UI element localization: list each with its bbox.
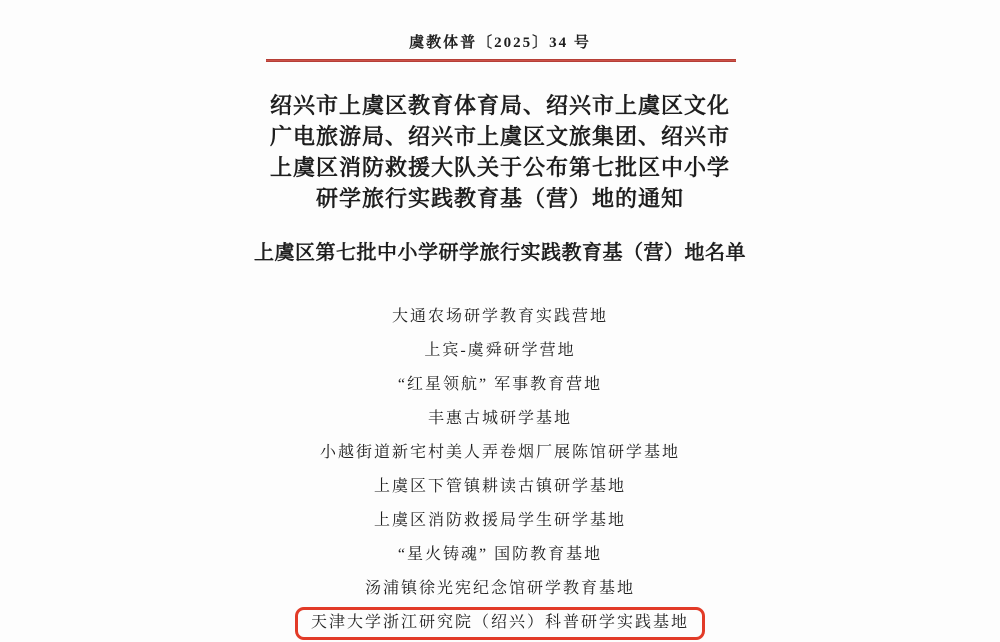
list-item: 上虞区下管镇耕读古镇研学基地: [374, 467, 626, 501]
notice-title-line-4: 研学旅行实践教育基（营）地的通知: [0, 183, 1000, 214]
list-item: 大通农场研学教育实践营地: [392, 297, 608, 331]
notice-title-line-2: 广电旅游局、绍兴市上虞区文旅集团、绍兴市: [0, 121, 1000, 152]
document-number: 虞教体普〔2025〕34 号: [0, 31, 1000, 52]
base-list: 大通农场研学教育实践营地 上宾-虞舜研学营地 “红星领航” 军事教育营地 丰惠古…: [0, 297, 1000, 642]
highlighted-list-item: 天津大学浙江研究院（绍兴）科普研学实践基地: [295, 603, 705, 642]
list-item: 汤浦镇徐光宪纪念馆研学教育基地: [365, 569, 635, 603]
notice-title: 绍兴市上虞区教育体育局、绍兴市上虞区文化 广电旅游局、绍兴市上虞区文旅集团、绍兴…: [0, 90, 1000, 214]
notice-title-line-1: 绍兴市上虞区教育体育局、绍兴市上虞区文化: [0, 90, 1000, 121]
list-item: “红星领航” 军事教育营地: [398, 365, 602, 399]
list-item: “星火铸魂” 国防教育基地: [398, 535, 602, 569]
list-item: 上宾-虞舜研学营地: [424, 331, 575, 365]
red-separator-line: [266, 59, 736, 62]
notice-title-line-3: 上虞区消防救援大队关于公布第七批区中小学: [0, 152, 1000, 183]
list-subtitle: 上虞区第七批中小学研学旅行实践教育基（营）地名单: [0, 236, 1000, 265]
list-item: 小越街道新宅村美人弄卷烟厂展陈馆研学基地: [320, 433, 680, 467]
red-highlight-box: 天津大学浙江研究院（绍兴）科普研学实践基地: [295, 607, 705, 640]
list-item: 上虞区消防救援局学生研学基地: [374, 501, 626, 535]
list-item: 丰惠古城研学基地: [428, 399, 572, 433]
